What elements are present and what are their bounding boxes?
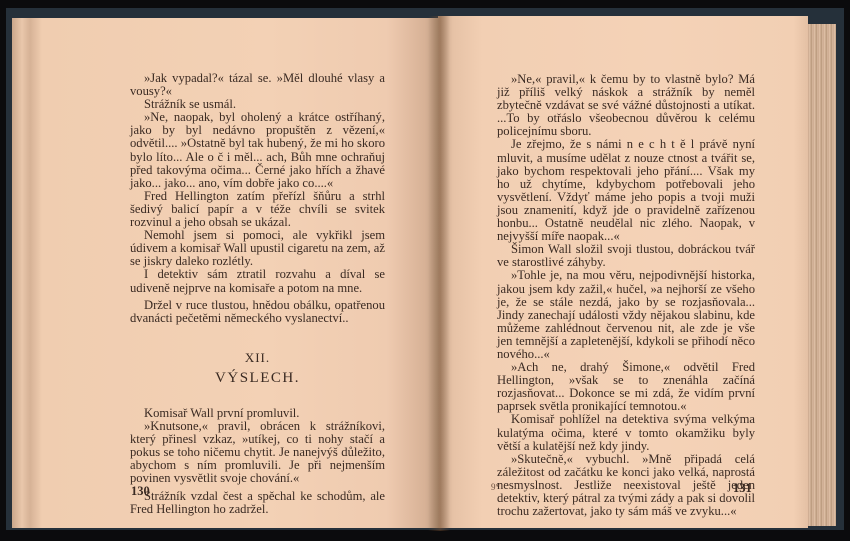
- right-page-text: »Ne,« pravil,« k čemu by to vlastně bylo…: [497, 73, 755, 518]
- paragraph: Držel v ruce tlustou, hnědou obálku, opa…: [130, 299, 385, 325]
- paragraph: I detektiv sám ztratil rozvahu a díval s…: [130, 268, 385, 294]
- left-page-text: »Jak vypadal?« tázal se. »Měl dlouhé vla…: [130, 72, 385, 516]
- paragraph: »Jak vypadal?« tázal se. »Měl dlouhé vla…: [130, 72, 385, 98]
- page-number-left: 130: [131, 484, 150, 499]
- paragraph: »Knutsone,« pravil, obrácen k strážníkov…: [130, 420, 385, 485]
- paragraph: »Skutečně,« vybuchl. »Mně připadá celá z…: [497, 453, 755, 518]
- printer-signature-mark: 9*: [491, 482, 500, 492]
- paragraph: Strážník vzdal čest a spěchal ke schodům…: [130, 490, 385, 516]
- spine-gutter: [428, 16, 450, 531]
- paragraph: »Ach ne, drahý Šimone,« odvětil Fred Hel…: [497, 361, 755, 413]
- page-edges: [808, 24, 836, 526]
- page-number-right: 131: [733, 481, 752, 496]
- chapter-title: VÝSLECH.: [130, 372, 385, 385]
- paragraph: Je zřejmo, že s námi n e c h t ě l právě…: [497, 138, 755, 243]
- paragraph: Fred Hellington zatím přeřízl šňůru a st…: [130, 190, 385, 229]
- paragraph: Šimon Wall složil svoji tlustou, dobráck…: [497, 243, 755, 269]
- paragraph: »Ne, naopak, byl oholený a krátce ostříh…: [130, 111, 385, 190]
- chapter-number: XII.: [130, 351, 385, 364]
- paragraph: »Tohle je, na mou věru, nejpodivnější hi…: [497, 269, 755, 361]
- paragraph: Nemohl jsem si pomoci, ale vykřikl jsem …: [130, 229, 385, 268]
- paragraph: »Ne,« pravil,« k čemu by to vlastně bylo…: [497, 73, 755, 138]
- paragraph: Komisař pohlížel na detektiva svýma velk…: [497, 413, 755, 452]
